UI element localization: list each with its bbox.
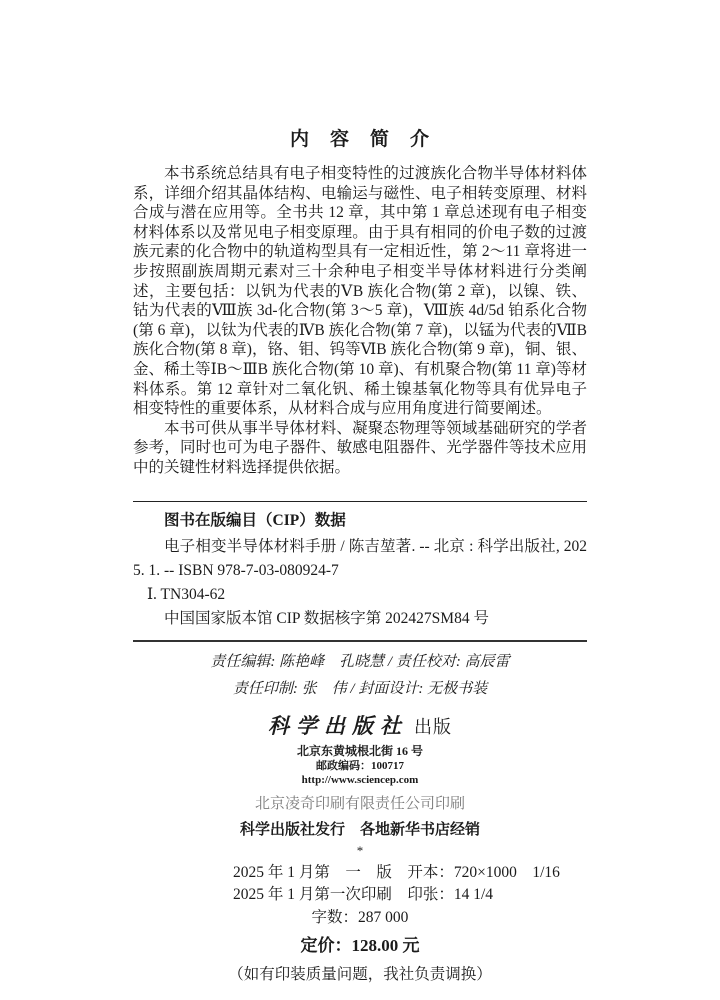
publisher-address: 北京东黄城根北街 16 号 [133,744,587,759]
staff-credits: 责任编辑: 陈艳峰 孔晓慧 / 责任校对: 高辰雷 责任印制: 张 伟 / 封面… [133,649,587,703]
word-count: 字数：287 000 [133,907,587,928]
publisher-block: 科学出版社出版 北京东黄城根北街 16 号 邮政编码：100717 http:/… [133,714,587,985]
printer-line: 北京凌奇印刷有限责任公司印刷 [133,795,587,813]
cip-title: 图书在版编目（CIP）数据 [133,509,587,532]
page-title: 内 容 简 介 [133,124,587,151]
cip-classification: Ⅰ. TN304-62 [133,583,587,607]
credits-production: 责任印制: 张 伟 / 封面设计: 无极书装 [133,676,587,703]
cip-registry: 中国国家版本馆 CIP 数据核字第 202427SM84 号 [133,607,587,631]
publisher-brand-line: 科学出版社出版 [133,714,587,741]
publisher-suffix: 出版 [414,717,452,737]
publisher-url: http://www.sciencep.com [133,773,587,787]
publisher-logotype: 科学出版社 [268,714,408,738]
intro-paragraph: 本书可供从事半导体材料、凝聚态物理等领域基础研究的学者参考，同时也可为电子器件、… [133,419,587,478]
cip-record: 电子相变半导体材料手册 / 陈吉堃著. -- 北京 : 科学出版社, 2025.… [133,535,587,583]
intro-paragraph: 本书系统总结具有电子相变特性的过渡族化合物半导体材料体系，详细介绍其晶体结构、电… [133,164,587,419]
cip-section: 图书在版编目（CIP）数据 电子相变半导体材料手册 / 陈吉堃著. -- 北京 … [133,501,587,642]
intro-section: 本书系统总结具有电子相变特性的过渡族化合物半导体材料体系，详细介绍其晶体结构、电… [133,164,587,478]
price: 定价：128.00 元 [133,934,587,957]
publisher-postcode: 邮政编码：100717 [133,759,587,773]
page-content: 内 容 简 介 本书系统总结具有电子相变特性的过渡族化合物半导体材料体系，详细介… [133,124,587,985]
edition-line-2: 2025 年 1 月第一次印刷 印张：14 1/4 [233,884,587,906]
quality-notice: （如有印装质量问题，我社负责调换） [133,964,587,985]
distribution-line: 科学出版社发行 各地新华书店经销 [133,821,587,839]
separator-asterisk: * [133,844,587,858]
copyright-page: 内 容 简 介 本书系统总结具有电子相变特性的过渡族化合物半导体材料体系，详细介… [0,0,720,1000]
edition-info: 2025 年 1 月第 一 版 开本：720×1000 1/16 2025 年 … [233,862,587,906]
credits-editors: 责任编辑: 陈艳峰 孔晓慧 / 责任校对: 高辰雷 [133,649,587,676]
edition-line-1: 2025 年 1 月第 一 版 开本：720×1000 1/16 [233,862,587,884]
